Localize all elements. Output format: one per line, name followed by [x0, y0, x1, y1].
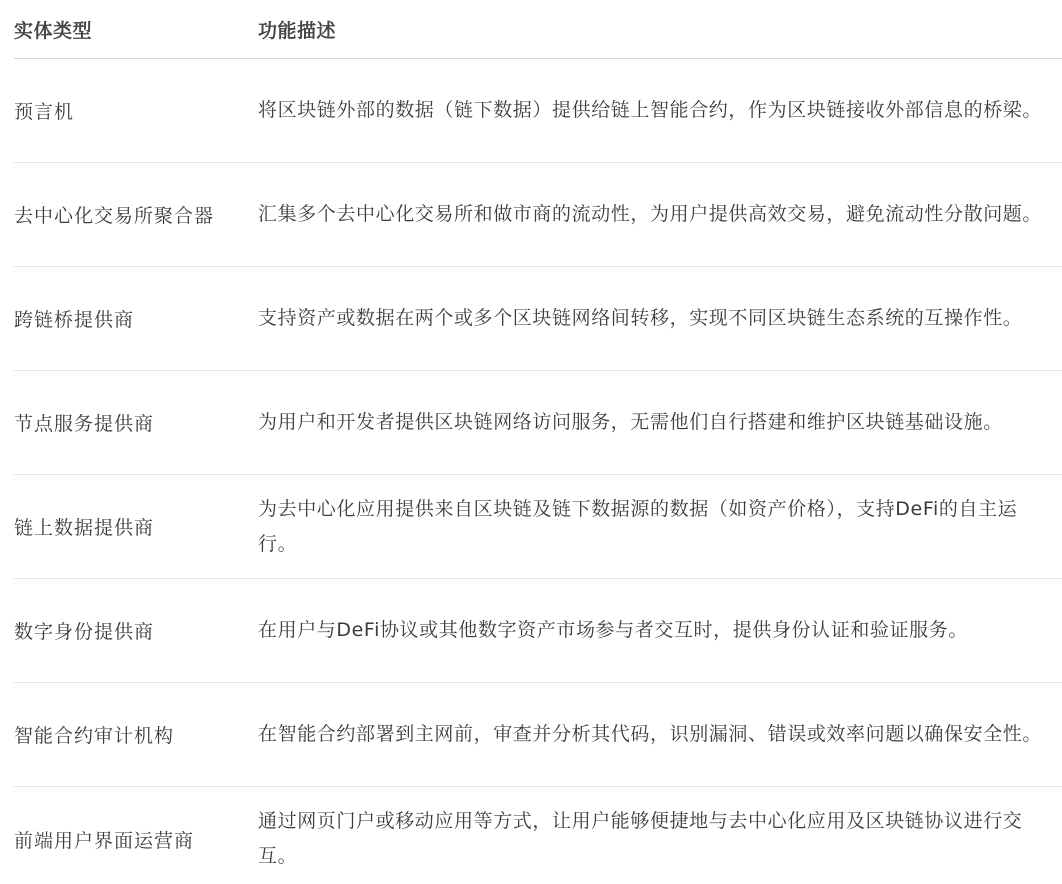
table-row: 跨链桥提供商 支持资产或数据在两个或多个区块链网络间转移，实现不同区块链生态系统… [14, 267, 1062, 371]
description-cell: 汇集多个去中心化交易所和做市商的流动性，为用户提供高效交易，避免流动性分散问题。 [258, 197, 1062, 232]
table-row: 预言机 将区块链外部的数据（链下数据）提供给链上智能合约，作为区块链接收外部信息… [14, 59, 1062, 163]
entity-type-cell: 智能合约审计机构 [14, 721, 258, 748]
description-cell: 在用户与DeFi协议或其他数字资产市场参与者交互时，提供身份认证和验证服务。 [258, 613, 1062, 648]
entity-type-cell: 去中心化交易所聚合器 [14, 201, 258, 228]
description-cell: 在智能合约部署到主网前，审查并分析其代码，识别漏洞、错误或效率问题以确保安全性。 [258, 717, 1062, 752]
entity-type-cell: 节点服务提供商 [14, 409, 258, 436]
table-header: 实体类型 功能描述 [14, 0, 1062, 59]
header-entity-type: 实体类型 [14, 16, 258, 43]
table-row: 前端用户界面运营商 通过网页门户或移动应用等方式，让用户能够便捷地与去中心化应用… [14, 787, 1062, 884]
entity-type-cell: 前端用户界面运营商 [14, 826, 258, 853]
entity-type-cell: 跨链桥提供商 [14, 305, 258, 332]
table-row: 去中心化交易所聚合器 汇集多个去中心化交易所和做市商的流动性，为用户提供高效交易… [14, 163, 1062, 267]
table-row: 链上数据提供商 为去中心化应用提供来自区块链及链下数据源的数据（如资产价格），支… [14, 475, 1062, 579]
entity-type-cell: 数字身份提供商 [14, 617, 258, 644]
description-cell: 为去中心化应用提供来自区块链及链下数据源的数据（如资产价格），支持DeFi的自主… [258, 492, 1062, 562]
entity-type-cell: 链上数据提供商 [14, 513, 258, 540]
entity-table: 实体类型 功能描述 预言机 将区块链外部的数据（链下数据）提供给链上智能合约，作… [14, 0, 1062, 884]
table-row: 智能合约审计机构 在智能合约部署到主网前，审查并分析其代码，识别漏洞、错误或效率… [14, 683, 1062, 787]
description-cell: 将区块链外部的数据（链下数据）提供给链上智能合约，作为区块链接收外部信息的桥梁。 [258, 93, 1062, 128]
header-function-description: 功能描述 [258, 16, 1062, 43]
entity-type-cell: 预言机 [14, 97, 258, 124]
description-cell: 为用户和开发者提供区块链网络访问服务，无需他们自行搭建和维护区块链基础设施。 [258, 405, 1062, 440]
table-row: 数字身份提供商 在用户与DeFi协议或其他数字资产市场参与者交互时，提供身份认证… [14, 579, 1062, 683]
description-cell: 通过网页门户或移动应用等方式，让用户能够便捷地与去中心化应用及区块链协议进行交互… [258, 804, 1062, 874]
description-cell: 支持资产或数据在两个或多个区块链网络间转移，实现不同区块链生态系统的互操作性。 [258, 301, 1062, 336]
table-row: 节点服务提供商 为用户和开发者提供区块链网络访问服务，无需他们自行搭建和维护区块… [14, 371, 1062, 475]
